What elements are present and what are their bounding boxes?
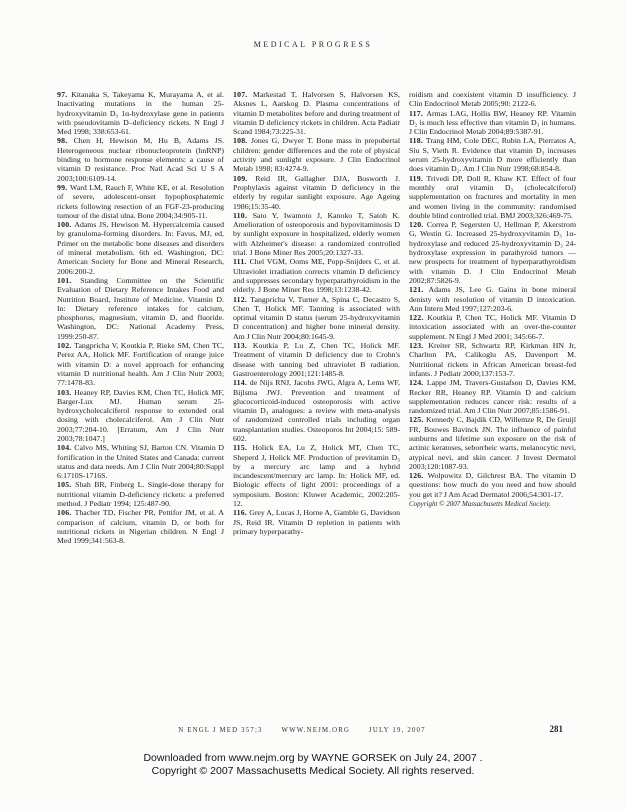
- reference-entry: 110. Sato Y, Iwamoto J, Kanoko T, Satoh …: [233, 211, 400, 257]
- reference-entry: 102. Tangpricha V, Koutkia P, Rieke SM, …: [57, 341, 224, 387]
- reference-entry: 97. Kitanaka S, Takeyama K, Murayama A, …: [57, 90, 224, 136]
- reference-entry: 126. Wolpowitz D, Gilchrest BA. The vita…: [409, 471, 576, 499]
- references-column-2: 107. Markestad T, Halvorsen S, Halvorsen…: [233, 90, 400, 546]
- reference-entry: 99. Ward LM, Rauch F, White KE, et al. R…: [57, 183, 224, 220]
- reference-number: 103.: [57, 388, 74, 397]
- reference-entry: 116. Grey A, Lucas J, Horne A, Gamble G,…: [233, 508, 400, 536]
- reference-number: 120.: [409, 220, 427, 229]
- reference-entry: 121. Adams JS, Lee G. Gains in bone mine…: [409, 285, 576, 313]
- download-notice-line1: Downloaded from www.nejm.org by WAYNE GO…: [0, 752, 626, 765]
- reference-entry: 112. Tangpricha V, Turner A, Spina C, De…: [233, 295, 400, 341]
- reference-number: 125.: [409, 415, 426, 424]
- reference-number: 101.: [57, 276, 80, 285]
- reference-number: 116.: [233, 508, 249, 517]
- reference-entry: 107. Markestad T, Halvorsen S, Halvorsen…: [233, 90, 400, 136]
- reference-entry: 104. Calvo MS, Whiting SJ, Barton CN. Vi…: [57, 443, 224, 480]
- reference-list: 97. Kitanaka S, Takeyama K, Murayama A, …: [57, 90, 577, 546]
- reference-entry: 118. Trang HM, Cole DEC, Rubin LA, Pierr…: [409, 136, 576, 173]
- reference-number: 115.: [233, 443, 252, 452]
- journal-citation: N ENGL J MED 357;3: [178, 727, 262, 734]
- references-column-1: 97. Kitanaka S, Takeyama K, Murayama A, …: [57, 90, 224, 546]
- reference-number: 97.: [57, 90, 71, 99]
- reference-entry: 101. Standing Committee on the Scientifi…: [57, 276, 224, 341]
- download-notice-line2: Copyright © 2007 Massachusetts Medical S…: [0, 765, 626, 778]
- reference-entry: 117. Armas LAG, Hollis BW, Heaney RP. Vi…: [409, 109, 576, 137]
- reference-entry: 100. Adams JS, Hewison M. Hypercalcemia …: [57, 220, 224, 276]
- references-column-3: roidism and coexistent vitamin D insuffi…: [409, 90, 576, 546]
- reference-number: 117.: [409, 109, 426, 118]
- reference-number: 104.: [57, 443, 74, 452]
- reference-entry: 125. Kennedy C, Bajdik CD, Willemze R, D…: [409, 415, 576, 471]
- reference-entry: 108. Jones G, Dwyer T. Bone mass in prep…: [233, 136, 400, 173]
- journal-page: MEDICAL PROGRESS 97. Kitanaka S, Takeyam…: [0, 0, 626, 810]
- reference-entry: 106. Thacher TD, Fischer PR, Pettifor JM…: [57, 508, 224, 545]
- reference-number: 107.: [233, 90, 253, 99]
- reference-number: 111.: [233, 257, 250, 266]
- reference-number: 122.: [409, 313, 427, 322]
- reference-number: 112.: [233, 295, 250, 304]
- page-number: 281: [550, 724, 564, 734]
- reference-entry: 113. Koutkia P, Lu Z, Chen TC, Holick MF…: [233, 341, 400, 378]
- reference-number: 114.: [233, 378, 250, 387]
- reference-number: 106.: [57, 508, 75, 517]
- reference-entry: 114. de Nijs RNJ, Jacobs JWG, Algra A, L…: [233, 378, 400, 443]
- reference-number: 118.: [409, 136, 426, 145]
- reference-number: 121.: [409, 285, 428, 294]
- download-notice: Downloaded from www.nejm.org by WAYNE GO…: [0, 752, 626, 777]
- reference-entry: 111. Chel VGM, Ooms ME, Popp-Snijders C,…: [233, 257, 400, 294]
- reference-entry: 124. Lappe JM, Travers-Gustafson D, Davi…: [409, 378, 576, 415]
- reference-entry: 115. Holick EA, Lu Z, Holick MT, Chen TC…: [233, 443, 400, 508]
- reference-number: 105.: [57, 480, 75, 489]
- reference-number: 110.: [233, 211, 253, 220]
- reference-number: 98.: [57, 136, 74, 145]
- reference-entry: 119. Trivedi DP, Doll R, Khaw KT. Effect…: [409, 174, 576, 220]
- reference-continuation: roidism and coexistent vitamin D insuffi…: [409, 90, 576, 109]
- reference-entry: 120. Correa P, Segersten U, Hellman P, A…: [409, 220, 576, 285]
- reference-number: 124.: [409, 378, 427, 387]
- reference-entry: 103. Heaney RP, Davies KM, Chen TC, Holi…: [57, 388, 224, 444]
- reference-number: 102.: [57, 341, 74, 350]
- reference-entry: 98. Chen H, Hewison M, Hu B, Adams JS. H…: [57, 136, 224, 182]
- reference-number: 109.: [233, 174, 255, 183]
- running-head: MEDICAL PROGRESS: [0, 40, 626, 49]
- reference-number: 123.: [409, 341, 428, 350]
- reference-entry: 105. Shah BR, Finberg L. Single-dose the…: [57, 480, 224, 508]
- reference-number: 108.: [233, 136, 251, 145]
- issue-date: JULY 19, 2007: [369, 727, 426, 734]
- reference-entry: 109. Reid IR, Gallagher DJA, Bosworth J.…: [233, 174, 400, 211]
- reference-entry: 123. Kreiter SR, Schwartz RP, Kirkman HN…: [409, 341, 576, 378]
- reference-number: 119.: [409, 174, 426, 183]
- reference-number: 126.: [409, 471, 428, 480]
- reference-entry: 122. Koutkia P, Chen TC, Holick MF. Vita…: [409, 313, 576, 341]
- journal-footer: N ENGL J MED 357;3 WWW.NEJM.ORG JULY 19,…: [57, 727, 547, 734]
- reference-number: 113.: [233, 341, 253, 350]
- reference-number: 99.: [57, 183, 70, 192]
- reference-number: 100.: [57, 220, 74, 229]
- journal-url: WWW.NEJM.ORG: [282, 727, 351, 734]
- copyright-line: Copyright © 2007 Massachusetts Medical S…: [409, 500, 576, 509]
